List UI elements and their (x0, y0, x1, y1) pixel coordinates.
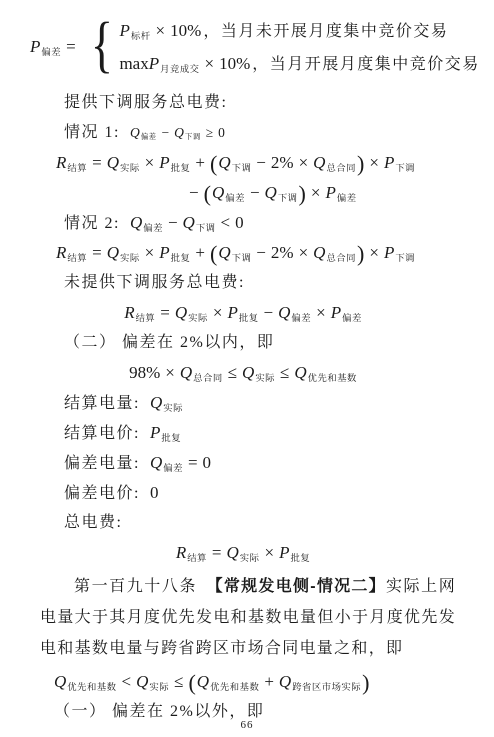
math-subscript: 实际 (188, 314, 208, 324)
math-subscript: 下调 (232, 164, 252, 174)
math-subscript: 下调 (196, 224, 216, 234)
line-label: 偏差电价: (64, 485, 140, 502)
math-condition-text: ，当月未开展月度集中竞价交易 (201, 23, 448, 40)
formula: −(Q偏差−Q下调)×P偏差 (184, 183, 357, 202)
settlement-quantity-line: 结算电量:Q实际 (64, 388, 456, 418)
case1-condition: 情况 1:Q偏差−Q下调≥0 (64, 118, 456, 148)
math-subscript: 批复 (290, 554, 310, 564)
math-variable: Q (242, 363, 255, 382)
math-operator: ≤ (169, 672, 188, 691)
math-subscript: 结算 (187, 554, 207, 564)
math-variable: Q (54, 672, 67, 691)
math-operator: = (207, 543, 227, 562)
math-subscript: 跨省区市场实际 (292, 683, 361, 693)
math-operator: − (245, 183, 265, 202)
math-variable: R (56, 153, 67, 172)
math-subscript: 批复 (171, 164, 191, 174)
math-variable: Q (107, 153, 120, 172)
left-brace: { (90, 14, 112, 76)
line-label: 结算电量: (64, 395, 140, 412)
formula: R结算=Q实际×P批复+(Q下调−2%×Q总合同)×P下调 (56, 153, 415, 172)
article-text: 第一百九十八条 (74, 578, 215, 595)
math-subscript: 总合同 (193, 374, 223, 384)
math-paren: ( (204, 181, 212, 206)
line-label: 情况 1: (64, 124, 120, 141)
math-variable: Q (150, 393, 163, 412)
formula: Q优先和基数<Q实际≤(Q优先和基数+Q跨省区市场实际) (54, 672, 369, 691)
case2-settlement-formula: R结算=Q实际×P批复+(Q下调−2%×Q总合同)×P下调 (56, 238, 456, 268)
piecewise-case: maxP月竞成交×10%，当月开展月度集中竞价交易 (119, 47, 479, 80)
math-variable: P (384, 243, 395, 262)
math-subscript: 批复 (239, 314, 259, 324)
math-subscript: 偏差 (141, 132, 157, 141)
math-number: 2% (271, 243, 294, 262)
math-operator: × (364, 243, 384, 262)
math-subscript: 月竞成交 (160, 65, 199, 75)
deviation-price-definition: P偏差={P标杆×10%，当月未开展月度集中竞价交易maxP月竞成交×10%，当… (30, 10, 456, 84)
math-subscript: 实际 (120, 254, 140, 264)
math-operator: × (294, 243, 314, 262)
math-operator: × (311, 303, 331, 322)
math-number: 98% (129, 363, 160, 382)
math-variable: P (227, 303, 238, 322)
math-paren: ) (361, 670, 369, 695)
math-subscript: 偏差 (337, 194, 357, 204)
math-subscript: 下调 (395, 164, 415, 174)
math-variable: Q (218, 153, 231, 172)
math-operator: + (190, 243, 210, 262)
math-subscript: 实际 (149, 683, 169, 693)
math-variable: P (325, 183, 336, 202)
math-subscript: 批复 (161, 434, 181, 444)
case1-settlement-formula-line1: R结算=Q实际×P批复+(Q下调−2%×Q总合同)×P下调 (56, 148, 456, 178)
formula: Q偏差=0 (150, 453, 211, 472)
math-operator: × (140, 153, 160, 172)
math-variable: Q (136, 672, 149, 691)
math-operator: × (140, 243, 160, 262)
piecewise-case: P标杆×10%，当月未开展月度集中竞价交易 (119, 14, 479, 47)
deviation-price-line: 偏差电价:0 (64, 478, 456, 508)
math-variable: Q (180, 363, 193, 382)
math-subscript: 偏差 (225, 194, 245, 204)
math-operator: × (294, 153, 314, 172)
math-subscript: 结算 (67, 164, 87, 174)
math-operator: × (306, 183, 326, 202)
math-subscript: 优先和基数 (210, 683, 259, 693)
math-function: max (119, 54, 148, 73)
formula: Q偏差−Q下调<0 (130, 213, 244, 232)
math-subscript: 实际 (240, 554, 260, 564)
math-number: 10% (219, 54, 250, 73)
no-downreg-service-fee-heading: 未提供下调服务总电费: (64, 268, 456, 298)
math-operator: − (157, 125, 175, 140)
math-operator: = (87, 153, 107, 172)
math-variable: P (149, 54, 160, 73)
math-operator: × (364, 153, 384, 172)
math-subscript: 偏差 (342, 314, 362, 324)
math-variable: P (159, 243, 170, 262)
formula: R结算=Q实际×P批复+(Q下调−2%×Q总合同)×P下调 (56, 243, 415, 262)
math-operator: × (208, 303, 228, 322)
math-number: 10% (170, 21, 201, 40)
math-operator: × (160, 363, 180, 382)
case2-range-inequality: Q优先和基数<Q实际≤(Q优先和基数+Q跨省区市场实际) (54, 667, 456, 697)
math-operator: < (117, 672, 137, 691)
math-variable: Q (175, 303, 188, 322)
math-number: 0 (235, 213, 244, 232)
math-number: 0 (150, 483, 159, 502)
math-subscript: 总合同 (326, 254, 356, 264)
math-variable: Q (197, 672, 210, 691)
math-variable: Q (183, 213, 196, 232)
formula: P批复 (150, 423, 181, 442)
math-variable: Q (279, 672, 292, 691)
math-operator: ≥ (201, 125, 218, 140)
math-operator: = (155, 303, 175, 322)
article-keyword-bold: 【常规发电侧-情况二】 (215, 578, 386, 595)
deviation-quantity-line: 偏差电量:Q偏差=0 (64, 448, 456, 478)
math-variable: Q (313, 153, 326, 172)
math-subscript: 标杆 (131, 32, 151, 42)
math-variable: Q (313, 243, 326, 262)
math-variable: Q (107, 243, 120, 262)
math-subscript: 下调 (395, 254, 415, 264)
math-operator: × (200, 54, 220, 73)
case2-condition: 情况 2:Q偏差−Q下调<0 (64, 208, 456, 238)
math-subscript: 实际 (163, 404, 183, 414)
math-subscript: 优先和基数 (67, 683, 116, 693)
math-variable: R (56, 243, 67, 262)
math-variable: R (176, 543, 187, 562)
document-page: P偏差={P标杆×10%，当月未开展月度集中竞价交易maxP月竞成交×10%，当… (0, 0, 494, 737)
document-body: P偏差={P标杆×10%，当月未开展月度集中竞价交易maxP月竞成交×10%，当… (0, 0, 494, 727)
math-condition-text: ，当月开展月度集中竞价交易 (250, 56, 480, 73)
piecewise-cases: P标杆×10%，当月未开展月度集中竞价交易maxP月竞成交×10%，当月开展月度… (119, 14, 479, 80)
formula: Q偏差−Q下调≥0 (130, 125, 225, 140)
math-operator: − (163, 213, 183, 232)
math-paren: ( (188, 670, 196, 695)
math-subscript: 偏差 (41, 47, 61, 57)
within-2pct-inequality: 98%×Q总合同≤Q实际≤Q优先和基数 (30, 358, 456, 388)
item2-heading: （二） 偏差在 2%以内，即 (64, 328, 456, 358)
formula: 98%×Q总合同≤Q实际≤Q优先和基数 (129, 363, 357, 382)
math-subscript: 优先和基数 (308, 374, 357, 384)
math-operator: ≤ (223, 363, 242, 382)
piecewise-lhs: P偏差= (30, 37, 81, 58)
math-variable: P (150, 423, 161, 442)
math-variable: Q (150, 453, 163, 472)
math-variable: P (119, 21, 130, 40)
formula: R结算=Q实际×P批复−Q偏差×P偏差 (124, 303, 362, 322)
math-subscript: 偏差 (291, 314, 311, 324)
math-variable: R (124, 303, 135, 322)
math-operator: + (190, 153, 210, 172)
settlement-price-line: 结算电价:P批复 (64, 418, 456, 448)
math-variable: Q (227, 543, 240, 562)
math-operator: − (251, 243, 271, 262)
math-operator: = (87, 243, 107, 262)
line-label: 结算电价: (64, 425, 140, 442)
line-label: 情况 2: (64, 215, 120, 232)
downreg-service-fee-heading: 提供下调服务总电费: (64, 88, 456, 118)
math-variable: Q (130, 125, 141, 140)
math-variable: P (159, 153, 170, 172)
math-number: 0 (218, 125, 225, 140)
math-operator: − (251, 153, 271, 172)
math-variable: Q (130, 213, 143, 232)
math-subscript: 实际 (255, 374, 275, 384)
total-fee-formula: R结算=Q实际×P批复 (30, 538, 456, 568)
line-label: 偏差电量: (64, 455, 140, 472)
article-198-paragraph: 第一百九十八条 【常规发电侧-情况二】实际上网电量大于其月度优先发电和基数电量但… (40, 571, 456, 664)
math-number: 2% (271, 153, 294, 172)
math-operator: ≤ (275, 363, 294, 382)
math-variable: Q (218, 243, 231, 262)
math-variable: Q (278, 303, 291, 322)
no-downreg-settlement-formula: R结算=Q实际×P批复−Q偏差×P偏差 (30, 298, 456, 328)
formula: R结算=Q实际×P批复 (176, 543, 310, 562)
math-operator: × (151, 21, 171, 40)
math-operator: − (184, 183, 204, 202)
math-operator: + (259, 672, 279, 691)
math-variable: Q (174, 125, 185, 140)
math-operator: − (259, 303, 279, 322)
math-variable: P (384, 153, 395, 172)
math-variable: P (331, 303, 342, 322)
math-number: 0 (203, 453, 212, 472)
math-paren: ) (298, 181, 306, 206)
math-operator: < (216, 213, 236, 232)
math-subscript: 偏差 (143, 224, 163, 234)
math-variable: Q (212, 183, 225, 202)
math-subscript: 下调 (278, 194, 298, 204)
case1-settlement-formula-line2: −(Q偏差−Q下调)×P偏差 (184, 178, 456, 208)
math-variable: Q (294, 363, 307, 382)
math-subscript: 下调 (185, 132, 201, 141)
math-operator: = (183, 453, 203, 472)
total-fee-heading: 总电费: (64, 508, 456, 538)
math-subscript: 总合同 (326, 164, 356, 174)
math-operator: × (259, 543, 279, 562)
math-subscript: 结算 (67, 254, 87, 264)
math-subscript: 结算 (136, 314, 156, 324)
math-subscript: 偏差 (163, 464, 183, 474)
formula: Q实际 (150, 393, 183, 412)
formula: 0 (150, 483, 159, 502)
math-operator: = (61, 37, 81, 56)
math-subscript: 批复 (171, 254, 191, 264)
math-variable: P (279, 543, 290, 562)
math-variable: P (30, 37, 41, 56)
math-variable: Q (265, 183, 278, 202)
math-subscript: 实际 (120, 164, 140, 174)
math-subscript: 下调 (232, 254, 252, 264)
page-number: 66 (0, 719, 494, 731)
